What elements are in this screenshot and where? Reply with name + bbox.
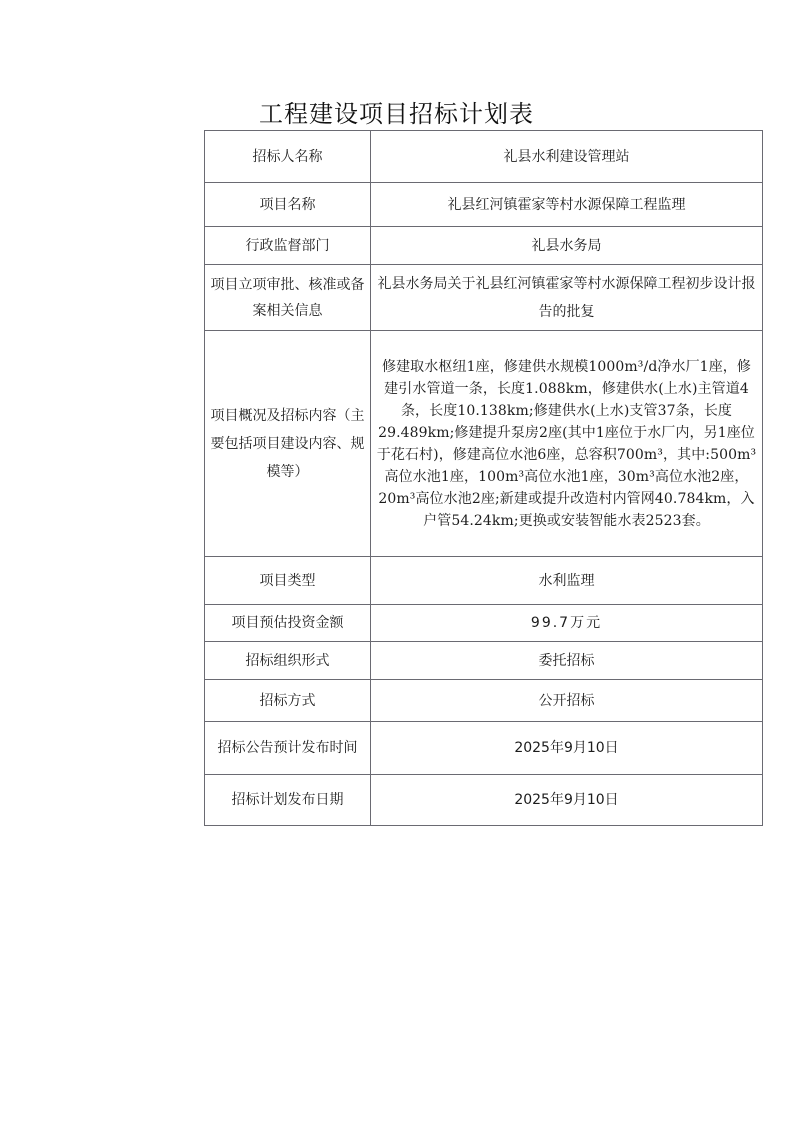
row-value: 礼县红河镇霍家等村水源保障工程监理 xyxy=(371,183,763,227)
row-value: 礼县水务局 xyxy=(371,227,763,265)
table-row-project-type: 项目类型 水利监理 xyxy=(205,557,763,605)
table-row-project-name: 项目名称 礼县红河镇霍家等村水源保障工程监理 xyxy=(205,183,763,227)
row-label: 招标公告预计发布时间 xyxy=(205,722,371,775)
row-value: 2025年9月10日 xyxy=(371,722,763,775)
row-label: 行政监督部门 xyxy=(205,227,371,265)
table-row-organization-form: 招标组织形式 委托招标 xyxy=(205,642,763,680)
table-row-tenderer: 招标人名称 礼县水利建设管理站 xyxy=(205,131,763,183)
row-label: 招标计划发布日期 xyxy=(205,775,371,826)
row-value: 2025年9月10日 xyxy=(371,775,763,826)
row-value: 委托招标 xyxy=(371,642,763,680)
table-row-estimated-investment: 项目预估投资金额 99.7万元 xyxy=(205,605,763,642)
tender-plan-table: 招标人名称 礼县水利建设管理站 项目名称 礼县红河镇霍家等村水源保障工程监理 行… xyxy=(204,130,763,826)
row-label: 项目类型 xyxy=(205,557,371,605)
row-label: 项目预估投资金额 xyxy=(205,605,371,642)
table-row-announcement-date: 招标公告预计发布时间 2025年9月10日 xyxy=(205,722,763,775)
row-value: 礼县水务局关于礼县红河镇霍家等村水源保障工程初步设计报告的批复 xyxy=(371,265,763,331)
row-label: 项目名称 xyxy=(205,183,371,227)
row-label: 招标人名称 xyxy=(205,131,371,183)
table-row-plan-release-date: 招标计划发布日期 2025年9月10日 xyxy=(205,775,763,826)
row-label: 项目立项审批、核准或备案相关信息 xyxy=(205,265,371,331)
row-value: 公开招标 xyxy=(371,680,763,722)
row-value: 修建取水枢纽1座，修建供水规模1000m³/d净水厂1座，修建引水管道一条，长度… xyxy=(371,331,763,557)
row-value: 礼县水利建设管理站 xyxy=(371,131,763,183)
table-row-supervisor: 行政监督部门 礼县水务局 xyxy=(205,227,763,265)
row-label: 项目概况及招标内容（主要包括项目建设内容、规模等） xyxy=(205,331,371,557)
table-row-tender-method: 招标方式 公开招标 xyxy=(205,680,763,722)
row-value: 99.7万元 xyxy=(371,605,763,642)
document-title: 工程建设项目招标计划表 xyxy=(0,94,793,129)
row-value: 水利监理 xyxy=(371,557,763,605)
table-row-approval-info: 项目立项审批、核准或备案相关信息 礼县水务局关于礼县红河镇霍家等村水源保障工程初… xyxy=(205,265,763,331)
table-row-project-overview: 项目概况及招标内容（主要包括项目建设内容、规模等） 修建取水枢纽1座，修建供水规… xyxy=(205,331,763,557)
row-label: 招标组织形式 xyxy=(205,642,371,680)
row-label: 招标方式 xyxy=(205,680,371,722)
